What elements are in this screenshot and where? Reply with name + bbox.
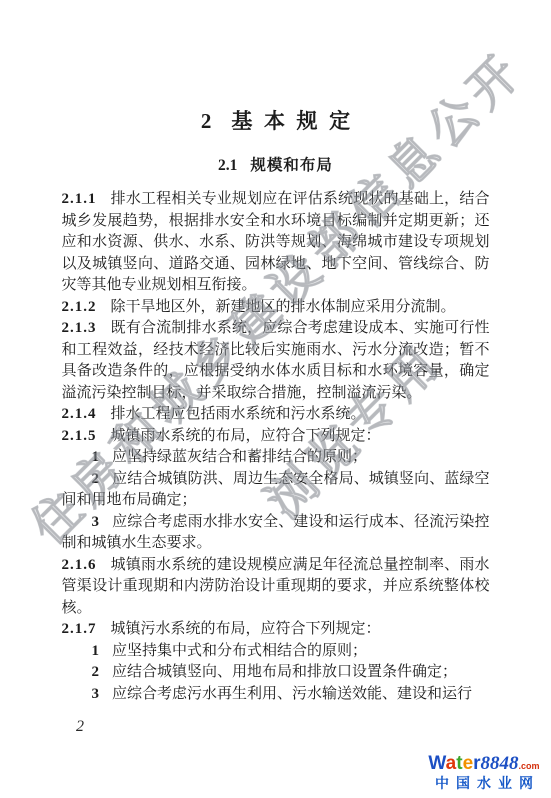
clause-number: 3 (92, 514, 100, 530)
list-item-2: 2应结合城镇防洪、周边生态安全格局、城镇竖向、蓝绿空间和用地布局确定； (62, 469, 490, 512)
logo-domain-text: .com (519, 761, 540, 771)
chapter-number: 2 (201, 109, 212, 133)
chapter-title: 基本规定 (231, 109, 361, 133)
clause-text: 城镇雨水系统的建设规模应满足年径流总量控制率、雨水管渠设计重现期和内涝防治设计重… (62, 557, 490, 616)
list-item-3: 3应综合考虑雨水排水安全、建设和运行成本、径流污染控制和城镇水生态要求。 (62, 512, 490, 555)
water8848-logo: Water8848.com 中国水业网 (423, 754, 545, 790)
clause-2.1.4: 2.1.4排水工程应包括雨水系统和污水系统。 (62, 404, 490, 426)
logo-wordmark: Water8848.com (423, 754, 545, 773)
logo-letter: W (428, 753, 445, 774)
clause-2.1.2: 2.1.2除干旱地区外，新建地区的排水体制应采用分流制。 (62, 297, 490, 319)
clause-text: 应坚持绿蓝灰结合和蓄排结合的原则； (112, 449, 367, 465)
logo-subtitle: 中国水业网 (423, 776, 551, 790)
list-item-1: 1应坚持绿蓝灰结合和蓄排结合的原则； (62, 447, 490, 469)
clause-number: 2.1.4 (62, 406, 97, 422)
clause-number: 1 (92, 449, 100, 465)
clause-2.1.1: 2.1.1排水工程相关专业规划应在评估系统现状的基础上，结合城乡发展趋势，根据排… (62, 189, 490, 297)
clause-text: 应综合考虑雨水排水安全、建设和运行成本、径流污染控制和城镇水生态要求。 (62, 514, 490, 552)
clause-2.1.6: 2.1.6城镇雨水系统的建设规模应满足年径流总量控制率、雨水管渠设计重现期和内涝… (62, 555, 490, 620)
list-item-1: 1应坚持集中式和分布式相结合的原则； (62, 641, 490, 663)
clause-2.1.7: 2.1.7城镇污水系统的布局，应符合下列规定： (62, 619, 490, 641)
clause-2.1.3: 2.1.3既有合流制排水系统，应综合考虑建设成本、实施可行性和工程效益，经技术经… (62, 318, 490, 404)
clause-text: 应结合城镇竖向、用地布局和排放口设置条件确定； (112, 664, 457, 680)
logo-letter: a (446, 753, 457, 774)
clause-number: 2.1.7 (62, 621, 97, 637)
clause-number: 2.1.2 (62, 299, 97, 315)
logo-letter: e (463, 753, 474, 774)
clause-number: 2.1.3 (62, 320, 97, 336)
section-number: 2.1 (218, 157, 237, 174)
clause-text: 城镇雨水系统的布局，应符合下列规定： (111, 428, 381, 444)
clause-text: 应结合城镇防洪、周边生态安全格局、城镇竖向、蓝绿空间和用地布局确定； (62, 471, 490, 509)
logo-8848-text: 8848 (481, 753, 519, 774)
clause-text: 应坚持集中式和分布式相结合的原则； (112, 643, 367, 659)
clause-number: 2 (92, 664, 100, 680)
page-number: 2 (76, 718, 84, 736)
clause-number: 2.1.5 (62, 428, 97, 444)
clause-text: 应综合考虑污水再生利用、污水输送效能、建设和运行 (112, 686, 472, 702)
clauses-container: 2.1.1排水工程相关专业规划应在评估系统现状的基础上，结合城乡发展趋势，根据排… (62, 189, 490, 705)
clause-text: 城镇污水系统的布局，应符合下列规定： (111, 621, 381, 637)
clause-text: 既有合流制排水系统，应综合考虑建设成本、实施可行性和工程效益，经技术经济比较后实… (62, 320, 490, 401)
logo-letter: r (473, 753, 480, 774)
clause-text: 排水工程应包括雨水系统和污水系统。 (111, 406, 366, 422)
document-page: 住房和城乡建设部信息公开 浏览专用 2基本规定 2.1规模和布局 2.1.1排水… (0, 0, 551, 798)
clause-number: 2.1.1 (62, 191, 97, 207)
list-item-3: 3应综合考虑污水再生利用、污水输送效能、建设和运行 (62, 684, 490, 706)
clause-text: 除干旱地区外，新建地区的排水体制应采用分流制。 (111, 299, 456, 315)
section-heading: 2.1规模和布局 (0, 156, 551, 176)
clause-text: 排水工程相关专业规划应在评估系统现状的基础上，结合城乡发展趋势，根据排水安全和水… (62, 191, 490, 293)
logo-water-letters: Water (428, 753, 480, 774)
list-item-2: 2应结合城镇竖向、用地布局和排放口设置条件确定； (62, 662, 490, 684)
chapter-heading: 2基本规定 (0, 0, 551, 134)
clause-number: 1 (92, 643, 100, 659)
clause-number: 2.1.6 (62, 557, 97, 573)
clause-2.1.5: 2.1.5城镇雨水系统的布局，应符合下列规定： (62, 426, 490, 448)
clause-number: 2 (92, 471, 100, 487)
section-title: 规模和布局 (250, 157, 333, 174)
clause-number: 3 (92, 686, 100, 702)
